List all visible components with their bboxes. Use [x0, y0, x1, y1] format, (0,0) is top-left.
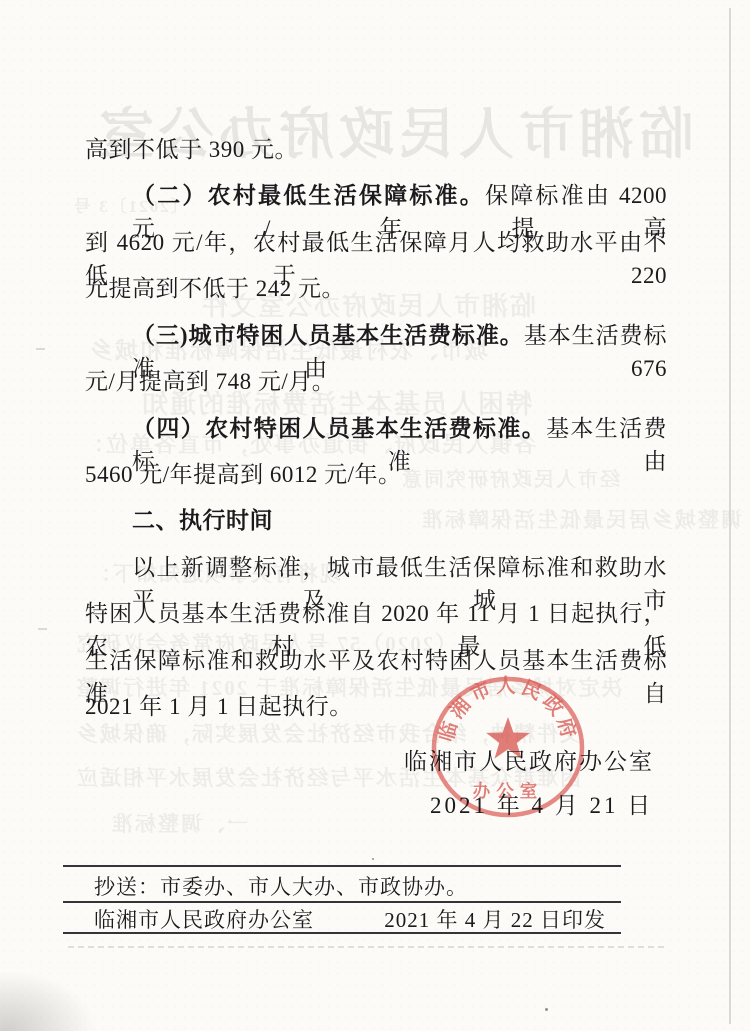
line-text: 高到不低于 390 元。 — [85, 137, 298, 162]
line-emphasis: 二、执行时间 — [132, 508, 273, 533]
body-line: （二）农村最低生活保障标准。保障标准由 4200 元/年提高 — [85, 177, 667, 211]
body-line: 以上新调整标准，城市最低生活保障标准和救助水平及城市 — [85, 549, 667, 583]
ghost-rule — [68, 946, 668, 948]
scan-edge-line — [729, 8, 731, 1024]
line-emphasis: （三)城市特困人员基本生活费标准。 — [132, 323, 524, 348]
signature-office: 临湘市人民政府办公室 — [404, 743, 654, 776]
body-line: 元提高到不低于 242 元。 — [85, 270, 667, 304]
footer-print-date: 2021 年 4 月 22 日印发 — [384, 904, 606, 934]
scanned-document-page: 临湘市人民政府办公室 〔2021〕3 号 临湘市人民政府办公室文件 城市、农村最… — [0, 0, 750, 1031]
line-text: 2021 年 1 月 1 日起执行。 — [85, 694, 353, 719]
scan-mark — [36, 348, 45, 350]
scan-speck — [372, 858, 374, 860]
scan-mark — [38, 628, 47, 630]
body-line: 元/月提高到 748 元/月。 — [85, 363, 667, 397]
footer-rule-bottom — [63, 932, 621, 934]
footer-rule-top — [63, 865, 621, 867]
signature-date: 2021 年 4 月 21 日 — [430, 787, 653, 820]
line-text: 元提高到不低于 242 元。 — [85, 276, 345, 301]
footer-issuer-row: 临湘市人民政府办公室 2021 年 4 月 22 日印发 — [94, 904, 606, 934]
line-text: 元/月提高到 748 元/月。 — [85, 369, 335, 394]
line-text: 5460 元/年提高到 6012 元/年。 — [85, 462, 402, 487]
scan-corner-shadow — [0, 972, 95, 1031]
ghost-text-line: 一、调整标准 — [110, 808, 248, 838]
body-section-heading: 二、执行时间 — [85, 502, 667, 536]
line-emphasis: （二）农村最低生活保障标准。 — [132, 183, 485, 208]
body-line: （三)城市特困人员基本生活费标准。基本生活费标准由 676 — [85, 317, 667, 351]
line-emphasis: （四）农村特困人员基本生活费标准。 — [132, 416, 546, 441]
footer-issuer: 临湘市人民政府办公室 — [94, 904, 314, 934]
body-line: （四）农村特困人员基本生活费标准。基本生活费标准由 — [85, 410, 667, 444]
body-line: 特困人员基本生活费标准自 2020 年 11 月 1 日起执行，农村最低 — [85, 595, 667, 629]
footer-copy-line: 抄送：市委办、市人大办、市政协办。 — [94, 871, 468, 901]
footer-rule-middle — [63, 901, 621, 903]
scan-speck — [545, 1008, 548, 1011]
body-line: 到 4620 元/年，农村最低生活保障月人均救助水平由不低于 220 — [85, 224, 667, 258]
body-line: 5460 元/年提高到 6012 元/年。 — [85, 456, 667, 490]
body-line: 高到不低于 390 元。 — [85, 131, 667, 165]
